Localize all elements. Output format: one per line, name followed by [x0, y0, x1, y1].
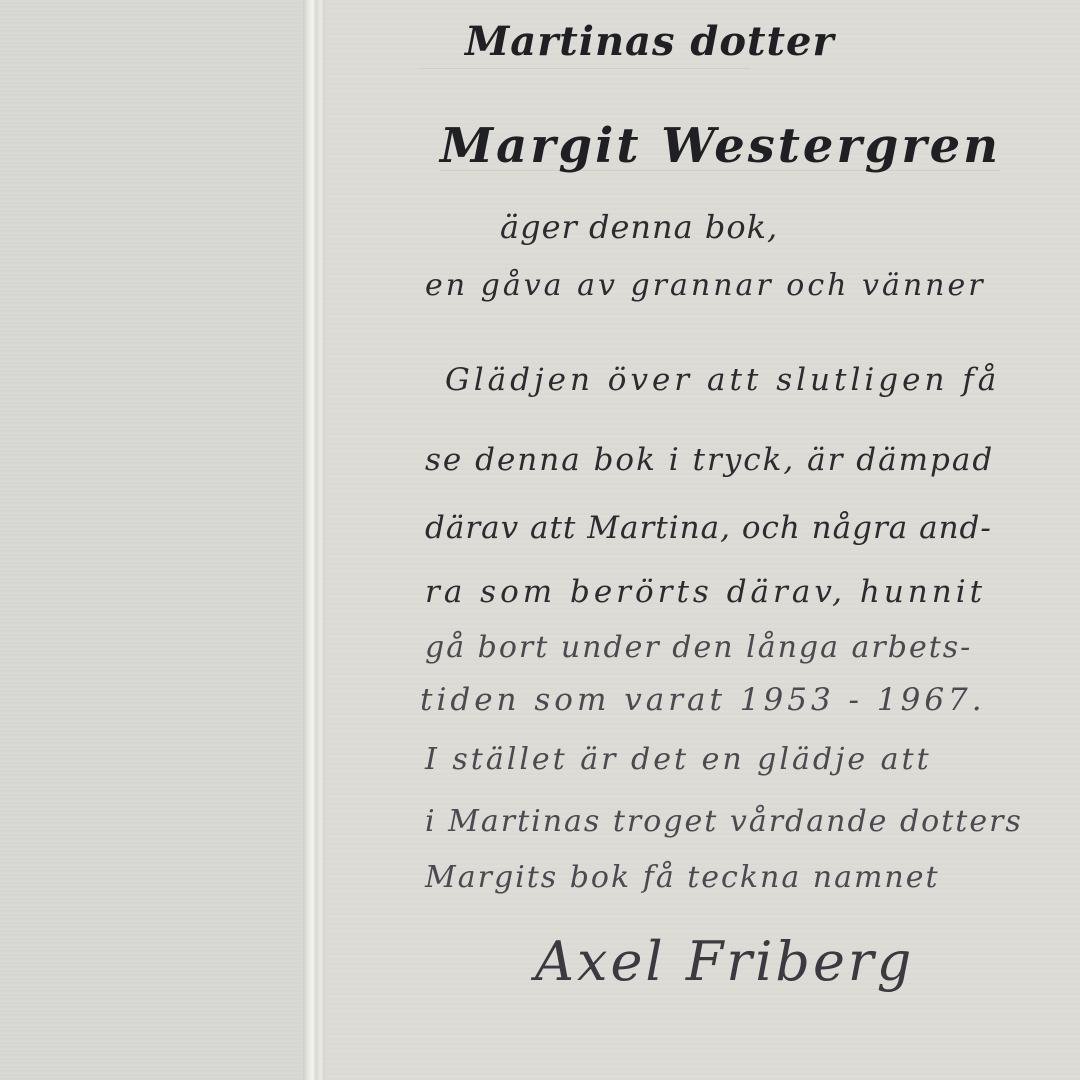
dedication-line: ra som berörts därav, hunnit — [425, 574, 986, 610]
dedication-line: Glädjen över att slutligen få — [445, 362, 1000, 398]
signature: Axel Friberg — [535, 930, 914, 993]
book-gutter — [303, 0, 325, 1080]
dedication-line: tiden som varat 1953 - 1967. — [420, 682, 986, 718]
dedication-heading: Martinas dotter — [465, 18, 835, 65]
recipient-name: Margit Westergren — [440, 118, 1001, 174]
dedication-line: Margits bok få teckna namnet — [425, 860, 940, 895]
dedication-line: i Martinas troget vårdande dotters — [425, 804, 1023, 839]
dedication-line: I stället är det en glädje att — [425, 742, 932, 777]
dedication-line: en gåva av grannar och vänner — [425, 268, 986, 303]
dedication-line: därav att Martina, och några and- — [425, 510, 992, 546]
facing-blank-page — [0, 0, 305, 1080]
dedication-line: gå bort under den långa arbets- — [425, 630, 972, 665]
dedication-line: äger denna bok, — [500, 208, 778, 246]
dedication-line: se denna bok i tryck, är dämpad — [425, 442, 994, 478]
ruled-line — [420, 68, 750, 69]
